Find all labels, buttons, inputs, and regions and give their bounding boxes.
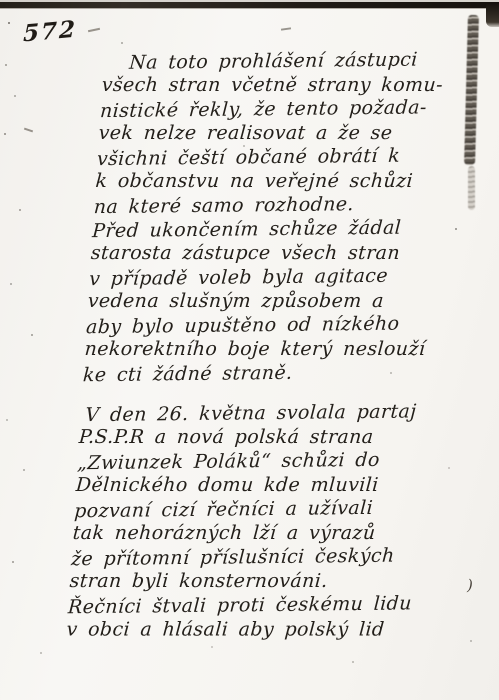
handwritten-line: Na toto prohlášení zástupci bbox=[102, 47, 464, 75]
handwritten-line: nistické řekly, že tento požada- bbox=[99, 95, 461, 123]
handwritten-line: Řečníci štvali proti českému lidu bbox=[67, 591, 429, 619]
scan-stray-mark bbox=[24, 128, 33, 133]
paragraph: V den 26. května svolala partajP.S.P.R a… bbox=[66, 400, 442, 642]
handwritten-line: starosta zástupce všech stran bbox=[90, 241, 452, 265]
scan-mark-paren: ) bbox=[467, 576, 473, 594]
handwritten-line: aby bylo upuštěno od nízkého bbox=[85, 311, 447, 339]
handwritten-text-block: Na toto prohlášení zástupcivšech stran v… bbox=[66, 48, 464, 642]
handwritten-line: všichni čeští občané obrátí k bbox=[96, 143, 458, 171]
handwritten-line: v obci a hlásali aby polský lid bbox=[66, 617, 428, 641]
handwritten-line: nekorektního boje který neslouží bbox=[84, 337, 446, 361]
handwritten-line: ke cti žádné straně. bbox=[82, 359, 444, 387]
handwritten-line: v případě voleb byla agitace bbox=[88, 263, 450, 291]
handwritten-line: Dělnického domu kde mluvili bbox=[75, 473, 437, 497]
handwritten-line: že přítomní příslušníci českých bbox=[70, 543, 432, 571]
paragraph: Před ukončením schůze žádalstarosta zást… bbox=[82, 216, 453, 386]
scan-binding-streak bbox=[464, 15, 479, 165]
handwritten-line: „Zwiunzek Poláků“ schůzi do bbox=[77, 447, 439, 475]
handwritten-line: V den 26. května svolala partaj bbox=[80, 399, 442, 427]
handwritten-line: stran byli konsternováni. bbox=[69, 569, 431, 593]
scan-dust-speckles bbox=[0, 0, 2, 2]
handwritten-line: vek nelze realisovat a že se bbox=[98, 121, 460, 145]
handwritten-line: tak nehorázných lží a výrazů bbox=[72, 521, 434, 545]
scan-stray-mark bbox=[281, 27, 291, 30]
paragraph: Na toto prohlášení zástupcivšech stran v… bbox=[93, 48, 464, 218]
scanned-manuscript-page: 572 Na toto prohlášení zástupcivšech str… bbox=[0, 0, 499, 700]
scan-binding-streak-faint bbox=[468, 166, 475, 210]
scan-edge-top-bar bbox=[0, 2, 499, 8]
handwritten-line: vedena slušným způsobem a bbox=[87, 289, 449, 313]
handwritten-line: k občanstvu na veřejné schůzi bbox=[95, 169, 457, 193]
handwritten-line: P.S.P.R a nová polská strana bbox=[78, 425, 440, 449]
scan-edge-corner bbox=[486, 3, 499, 27]
handwritten-line: všech stran včetně strany komu- bbox=[101, 73, 463, 97]
scan-stray-mark bbox=[88, 28, 100, 32]
page-number: 572 bbox=[23, 16, 77, 48]
handwritten-line: Před ukončením schůze žádal bbox=[92, 215, 454, 243]
handwritten-line: pozvaní cizí řečníci a užívali bbox=[73, 495, 435, 523]
